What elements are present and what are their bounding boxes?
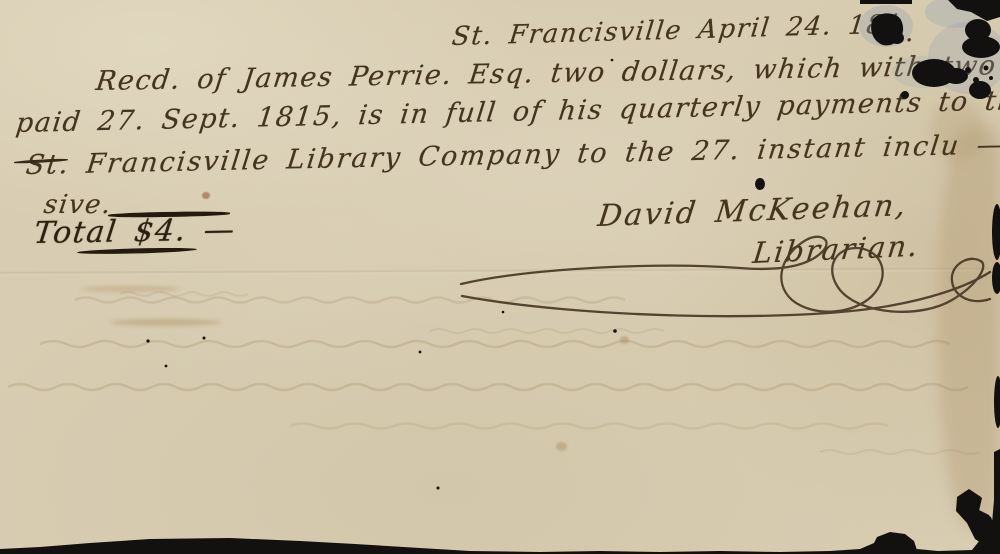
total-line: Total $4. — xyxy=(32,212,238,251)
scanned-receipt-image: St. Francisville April 24. 181 . Recd. o… xyxy=(0,0,1000,554)
dateline-period: . xyxy=(905,18,915,48)
